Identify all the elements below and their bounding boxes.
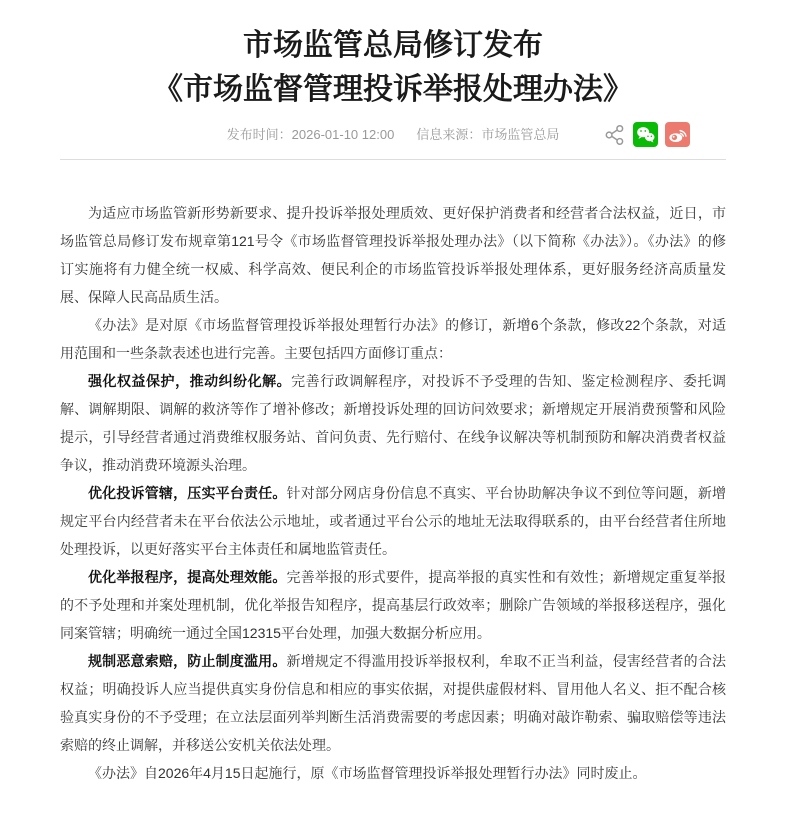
article-paragraph: 优化投诉管辖，压实平台责任。针对部分网店身份信息不真实、平台协助解决争议不到位等…	[60, 479, 726, 563]
source-label: 信息来源：	[416, 127, 481, 142]
paragraph-lead: 优化举报程序，提高处理效能。	[88, 569, 287, 585]
article-page: 市场监管总局修订发布 《市场监督管理投诉举报处理办法》 发布时间：2026-01…	[0, 0, 800, 814]
page-title-line1: 市场监管总局修订发布	[60, 24, 726, 68]
share-icon[interactable]	[604, 124, 626, 146]
paragraph-text: 为适应市场监管新形势新要求、提升投诉举报处理质效、更好保护消费者和经营者合法权益…	[60, 205, 726, 305]
publish-time-label: 发布时间：	[227, 127, 292, 142]
paragraph-text: 《办法》自2026年4月15日起施行，原《市场监督管理投诉举报处理暂行办法》同时…	[88, 765, 647, 781]
article-paragraph: 《办法》是对原《市场监督管理投诉举报处理暂行办法》的修订，新增6个条款，修改22…	[60, 311, 726, 367]
content-column: 市场监管总局修订发布 《市场监督管理投诉举报处理办法》 发布时间：2026-01…	[60, 0, 726, 787]
weibo-icon[interactable]	[665, 122, 690, 147]
page-title-line2: 《市场监督管理投诉举报处理办法》	[60, 68, 726, 112]
article-body: 为适应市场监管新形势新要求、提升投诉举报处理质效、更好保护消费者和经营者合法权益…	[60, 199, 726, 787]
paragraph-lead: 强化权益保护，推动纠纷化解。	[88, 373, 291, 389]
divider-line	[60, 159, 726, 160]
paragraph-lead: 优化投诉管辖，压实平台责任。	[88, 485, 287, 501]
meta-text: 发布时间：2026-01-10 12:00信息来源：市场监管总局	[227, 127, 560, 142]
article-paragraph: 为适应市场监管新形势新要求、提升投诉举报处理质效、更好保护消费者和经营者合法权益…	[60, 199, 726, 311]
article-paragraph: 强化权益保护，推动纠纷化解。完善行政调解程序，对投诉不予受理的告知、鉴定检测程序…	[60, 367, 726, 479]
publish-time-value: 2026-01-10 12:00	[292, 127, 395, 142]
paragraph-lead: 规制恶意索赔，防止制度滥用。	[88, 653, 287, 669]
page-title: 市场监管总局修订发布 《市场监督管理投诉举报处理办法》	[60, 0, 726, 112]
article-paragraph: 规制恶意索赔，防止制度滥用。新增规定不得滥用投诉举报权利，牟取不正当利益，侵害经…	[60, 647, 726, 759]
paragraph-text: 《办法》是对原《市场监督管理投诉举报处理暂行办法》的修订，新增6个条款，修改22…	[60, 317, 726, 361]
wechat-icon[interactable]	[633, 122, 658, 147]
article-paragraph: 《办法》自2026年4月15日起施行，原《市场监督管理投诉举报处理暂行办法》同时…	[60, 759, 726, 787]
source-value: 市场监管总局	[481, 127, 559, 142]
meta-bar: 发布时间：2026-01-10 12:00信息来源：市场监管总局	[60, 121, 726, 149]
article-paragraph: 优化举报程序，提高处理效能。完善举报的形式要件，提高举报的真实性和有效性；新增规…	[60, 563, 726, 647]
share-buttons	[604, 122, 690, 147]
